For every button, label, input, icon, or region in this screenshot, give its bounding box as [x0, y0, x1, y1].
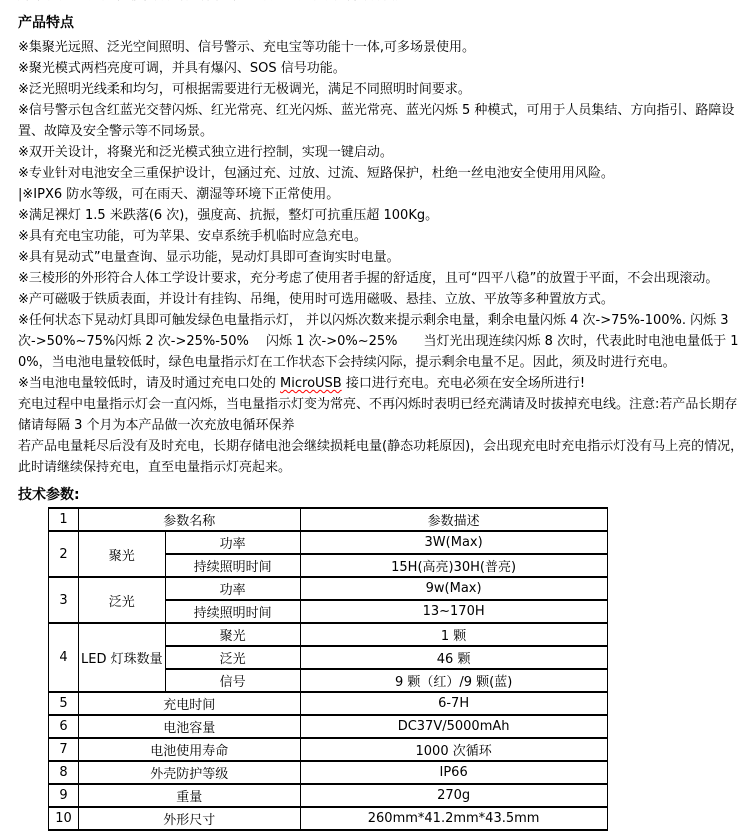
feature-item: ※集聚光远照、泛光空间照明、信号警示、充电宝等功能十一体,可多场景使用。 — [18, 37, 750, 58]
table-row: 6 电池容量 DC37V/5000mAh — [49, 715, 608, 738]
cell-name: 重量 — [79, 784, 301, 807]
cell-index: 1 — [49, 508, 79, 531]
feature-item: ※三棱形的外形符合人体工学设计要求，充分考虑了使用者手握的舒适度，且可“四平八稳… — [18, 268, 750, 289]
cell-name: 聚光 — [165, 623, 300, 646]
cell-desc: 1 颗 — [300, 623, 607, 646]
table-row: 10 外形尺寸 260mm*41.2mm*43.5mm — [49, 807, 608, 830]
cell-index: 3 — [49, 577, 79, 623]
cell-index: 4 — [49, 623, 79, 692]
cell-name: 功率 — [165, 577, 300, 600]
cell-name: 持续照明时间 — [165, 554, 300, 577]
cell-index: 10 — [49, 807, 79, 830]
cell-name: 信号 — [165, 669, 300, 692]
cell-index: 5 — [49, 692, 79, 715]
feature-item: ※聚光模式两档亮度可调，并具有爆闪、SOS 信号功能。 — [18, 58, 750, 79]
feature-item: ※专业针对电池安全三重保护设计，包涵过充、过放、过流、短路保护，杜绝一丝电池安全… — [18, 163, 750, 184]
feature-item: ※满足裸灯 1.5 米跌落(6 次)，强度高、抗振，整灯可抗重压超 100Kg。 — [18, 205, 750, 226]
table-row: 9 重量 270g — [49, 784, 608, 807]
cell-name: 泛光 — [165, 646, 300, 669]
cell-desc: 260mm*41.2mm*43.5mm — [300, 807, 607, 830]
cell-desc: 270g — [300, 784, 607, 807]
cell-index: 6 — [49, 715, 79, 738]
cell-name: 外壳防护等级 — [79, 761, 301, 784]
cell-name: 外形尺寸 — [79, 807, 301, 830]
table-row: 2 聚光 功率 3W(Max) — [49, 531, 608, 554]
microusb-prefix: ※当电池电量较低时，请及时通过充电口处的 — [18, 376, 280, 391]
charging-note: 充电过程中电量指示灯会一直闪烁，当电量指示灯变为常亮、不再闪烁时表明已经充满请及… — [18, 394, 750, 436]
cell-name: 电池使用寿命 — [79, 738, 301, 761]
cell-desc: 1000 次循环 — [300, 738, 607, 761]
cell-index: 2 — [49, 531, 79, 577]
cell-name: 持续照明时间 — [165, 600, 300, 623]
charging-note: 若产品电量耗尽后没有及时充电，长期存储电池会继续损耗电量(静态功耗原因)，会出现… — [18, 436, 750, 478]
feature-item: ※具有晃动式”电量查询、显示功能，晃动灯具即可查询实时电量。 — [18, 247, 750, 268]
cell-desc: 13~170H — [300, 600, 607, 623]
table-row: 3 泛光 功率 9w(Max) — [49, 577, 608, 600]
feature-item: ※产可磁吸于铁质表面，并设计有挂钩、吊绳，使用时可选用磁吸、悬挂、立放、平放等多… — [18, 289, 750, 310]
table-header-row: 1 参数名称 参数描述 — [49, 508, 608, 531]
features-heading: 产品特点 — [18, 14, 750, 32]
cell-desc: 46 颗 — [300, 646, 607, 669]
cell-desc: 6-7H — [300, 692, 607, 715]
microusb-word-spellchecked: MicroUSB — [280, 376, 342, 391]
specs-table: 1 参数名称 参数描述 2 聚光 功率 3W(Max) 持续照明时间 15H(高… — [48, 507, 608, 831]
table-row: 4 LED 灯珠数量 聚光 1 颗 — [49, 623, 608, 646]
cell-param-name-header: 参数名称 — [79, 508, 301, 531]
table-row: 5 充电时间 6-7H — [49, 692, 608, 715]
feature-item: ※信号警示包含红蓝光交替闪烁、红光常亮、红光闪烁、蓝光常亮、蓝光闪烁 5 种模式… — [18, 100, 750, 142]
cell-param-desc-header: 参数描述 — [300, 508, 607, 531]
cell-desc: 9 颗（红）/9 颗(蓝) — [300, 669, 607, 692]
cell-group: 泛光 — [79, 577, 166, 623]
cell-group: LED 灯珠数量 — [79, 623, 166, 692]
cell-index: 8 — [49, 761, 79, 784]
table-row: 7 电池使用寿命 1000 次循环 — [49, 738, 608, 761]
feature-item: ※泛光照明光线柔和均匀，可根据需要进行无极调光，满足不同照明时间要求。 — [18, 79, 750, 100]
feature-item: ※双开关设计，将聚光和泛光模式独立进行控制，实现一键启动。 — [18, 142, 750, 163]
specs-heading: 技术参数: — [18, 486, 750, 504]
cell-name: 充电时间 — [79, 692, 301, 715]
cell-desc: 9w(Max) — [300, 577, 607, 600]
cell-index: 7 — [49, 738, 79, 761]
feature-item: ※任何状态下晃动灯具即可触发绿色电量指示灯， 并以闪烁次数来提示剩余电量，剩余电… — [18, 310, 750, 373]
clipped-text-line: 脚架合用－适配位移照明的配件台架－可适宜适合局部照明使用 — [18, 0, 750, 7]
cell-group: 聚光 — [79, 531, 166, 577]
cell-desc: 15H(高亮)30H(普亮) — [300, 554, 607, 577]
microusb-suffix: 接口进行充电。充电必须在安全场所进行! — [342, 376, 585, 391]
table-row: 8 外壳防护等级 IP66 — [49, 761, 608, 784]
clipped-text: 脚架合用－适配位移照明的配件台架－可适宜适合局部照明使用 — [18, 0, 750, 5]
cell-desc: IP66 — [300, 761, 607, 784]
cell-index: 9 — [49, 784, 79, 807]
feature-item: |※IPX6 防水等级，可在雨天、潮湿等环境下正常使用。 — [18, 184, 750, 205]
document-page: 脚架合用－适配位移照明的配件台架－可适宜适合局部照明使用 产品特点 ※集聚光远照… — [0, 0, 756, 831]
cell-name: 电池容量 — [79, 715, 301, 738]
cell-name: 功率 — [165, 531, 300, 554]
cell-desc: 3W(Max) — [300, 531, 607, 554]
cell-desc: DC37V/5000mAh — [300, 715, 607, 738]
feature-item: ※具有充电宝功能，可为苹果、安卓系统手机临时应急充电。 — [18, 226, 750, 247]
feature-item-microusb: ※当电池电量较低时，请及时通过充电口处的 MicroUSB 接口进行充电。充电必… — [18, 373, 750, 394]
